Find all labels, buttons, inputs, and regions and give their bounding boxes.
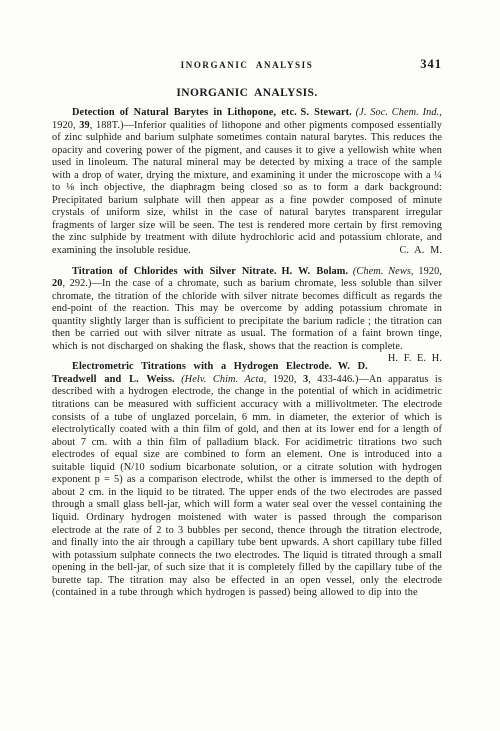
article-signature: H. F. E. H. <box>368 353 442 366</box>
article-title: Detection of Natural Barytes in Lithopon… <box>72 107 297 118</box>
article-detection-natural-barytes: Detection of Natural Barytes in Lithopon… <box>52 107 442 258</box>
text-block: INORGANIC ANALYSIS 341 INORGANIC ANALYSI… <box>52 60 442 608</box>
article-citation-journal: (Helv. Chim. Acta, <box>181 374 266 385</box>
article-titration-of-chlorides: Titration of Chlorides with Silver Nitra… <box>52 266 442 354</box>
article-body: An apparatus is described with a hydroge… <box>52 374 442 598</box>
article-citation-journal: (Chem. News, <box>353 266 414 277</box>
page-number: 341 <box>420 57 442 72</box>
article-electrometric-titrations: Electrometric Titrations with a Hydrogen… <box>52 361 442 599</box>
article-title: Electrometric Titrations with a Hydrogen… <box>72 361 332 372</box>
article-title: Titration of Chlorides with Silver Nitra… <box>72 266 277 277</box>
article-citation-year: 1920, <box>52 120 76 131</box>
article-body: Inferior qualities of lithopone and othe… <box>52 120 442 256</box>
running-head-title: INORGANIC ANALYSIS <box>181 60 314 70</box>
running-head: INORGANIC ANALYSIS 341 <box>52 60 442 74</box>
article-signature: C. A. M. <box>379 245 442 258</box>
article-body: In the case of a chromate, such as bariu… <box>52 278 442 352</box>
article-citation-year: 1920, <box>273 374 297 385</box>
article-citation-volume: 39 <box>79 120 90 131</box>
article-citation-year: 1920, <box>418 266 442 277</box>
article-citation-volume: 20 <box>52 278 63 289</box>
article-citation-pages: , 433-446.)— <box>308 374 369 385</box>
section-title: INORGANIC ANALYSIS. <box>52 87 442 99</box>
article-citation-pages: , 292.)— <box>63 278 102 289</box>
article-citation-pages: , 188T.)— <box>90 120 134 131</box>
article-authors: S. Stewart. <box>301 107 352 118</box>
journal-page: INORGANIC ANALYSIS 341 INORGANIC ANALYSI… <box>0 0 500 731</box>
article-citation-journal: (J. Soc. Chem. Ind., <box>356 107 442 118</box>
article-authors: H. W. Bolam. <box>281 266 348 277</box>
